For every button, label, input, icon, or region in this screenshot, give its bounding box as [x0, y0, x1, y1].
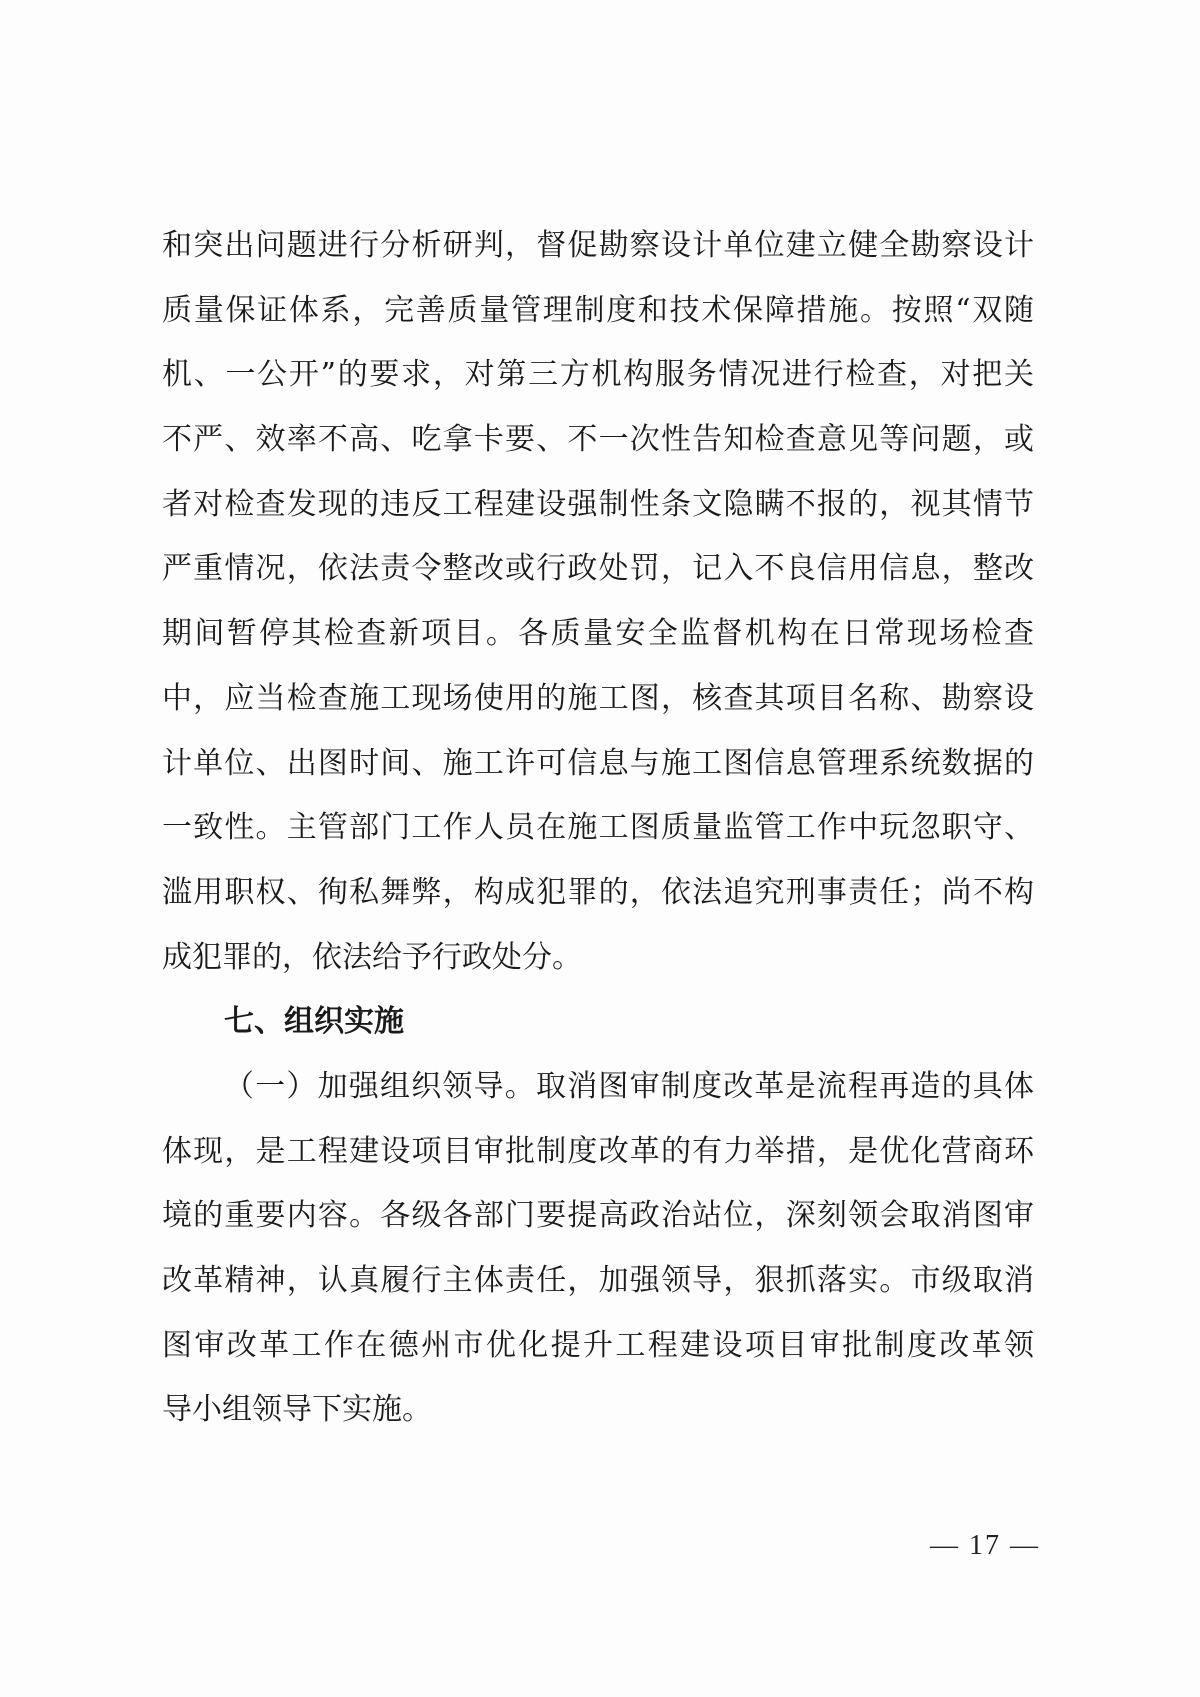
text-line: 改革精神，认真履行主体责任，加强领导，狠抓落实。市级取消 — [162, 1249, 1034, 1314]
text-line: 者对检查发现的违反工程建设强制性条文隐瞒不报的，视其情节 — [162, 473, 1034, 538]
text-line: 成犯罪的，依法给予行政处分。 — [162, 926, 1034, 991]
text-line: 体现，是工程建设项目审批制度改革的有力举措，是优化营商环 — [162, 1120, 1034, 1185]
text-line: 机、一公开”的要求，对第三方机构服务情况进行检查，对把关 — [162, 343, 1034, 408]
text-line: 严重情况，依法责令整改或行政处罚，记入不良信用信息，整改 — [162, 537, 1034, 602]
section-heading-organization: 七、组织实施 — [162, 990, 1034, 1055]
text-line: 滥用职权、徇私舞弊，构成犯罪的，依法追究刑事责任；尚不构 — [162, 861, 1034, 926]
text-line: 境的重要内容。各级各部门要提高政治站位，深刻领会取消图审 — [162, 1184, 1034, 1249]
text-line: （一）加强组织领导。取消图审制度改革是流程再造的具体 — [162, 1055, 1034, 1120]
text-line: 质量保证体系，完善质量管理制度和技术保障措施。按照“双随 — [162, 279, 1034, 344]
document-body: 和突出问题进行分析研判，督促勘察设计单位建立健全勘察设计 质量保证体系，完善质量… — [162, 214, 1034, 1443]
text-line: 导小组领导下实施。 — [162, 1378, 1034, 1443]
text-line: 不严、效率不高、吃拿卡要、不一次性告知检查意见等问题，或 — [162, 408, 1034, 473]
paragraph-strengthen-leadership: （一）加强组织领导。取消图审制度改革是流程再造的具体 体现，是工程建设项目审批制… — [162, 1055, 1034, 1443]
text-line: 图审改革工作在德州市优化提升工程建设项目审批制度改革领 — [162, 1314, 1034, 1379]
text-line: 期间暂停其检查新项目。各质量安全监督机构在日常现场检查 — [162, 602, 1034, 667]
text-line: 和突出问题进行分析研判，督促勘察设计单位建立健全勘察设计 — [162, 214, 1034, 279]
page-number: — 17 — — [930, 1530, 1080, 1562]
text-line: 中，应当检查施工现场使用的施工图，核查其项目名称、勘察设 — [162, 667, 1034, 732]
document-page: 和突出问题进行分析研判，督促勘察设计单位建立健全勘察设计 质量保证体系，完善质量… — [0, 0, 1200, 1697]
section-heading: 七、组织实施 — [162, 990, 1034, 1055]
text-line: 一致性。主管部门工作人员在施工图质量监管工作中玩忽职守、 — [162, 796, 1034, 861]
paragraph-continuation: 和突出问题进行分析研判，督促勘察设计单位建立健全勘察设计 质量保证体系，完善质量… — [162, 214, 1034, 990]
text-line: 计单位、出图时间、施工许可信息与施工图信息管理系统数据的 — [162, 732, 1034, 797]
